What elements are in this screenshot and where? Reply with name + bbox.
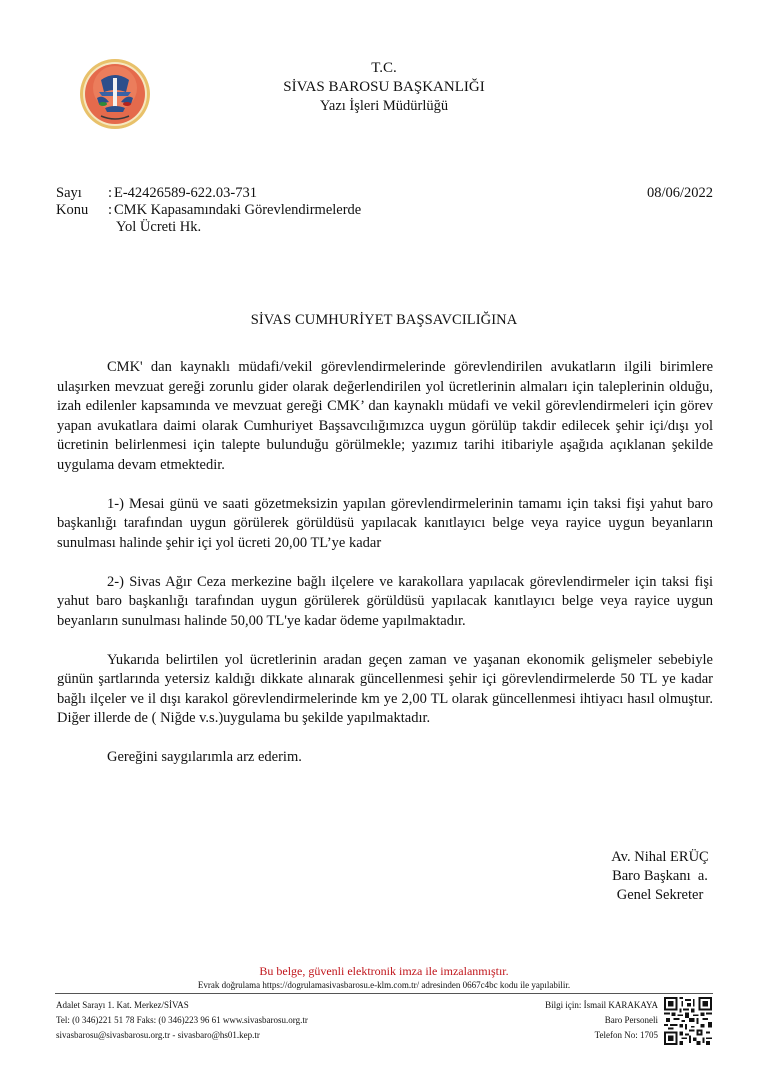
footer-info-contact: Bilgi için: İsmail KARAKAYA bbox=[545, 998, 658, 1013]
konu-label: Konu bbox=[56, 202, 108, 219]
footer-contact-right: Bilgi için: İsmail KARAKAYA Baro Persone… bbox=[545, 998, 658, 1043]
footer-info-phone: Telefon No: 1705 bbox=[545, 1028, 658, 1043]
document-date: 08/06/2022 bbox=[647, 185, 713, 202]
footer-email: sivasbarosu@sivasbarosu.org.tr - sivasba… bbox=[56, 1028, 308, 1043]
body-paragraph-update: Yukarıda belirtilen yol ücretlerinin ara… bbox=[57, 651, 713, 729]
sayi-value: E-42426589-622.03-731 bbox=[114, 185, 257, 202]
konu-value: CMK Kapasamındaki Görevlendirmelerde bbox=[114, 202, 361, 219]
sayi-row: Sayı : E-42426589-622.03-731 bbox=[56, 185, 361, 202]
letter-body: CMK' dan kaynaklı müdafi/vekil görevlend… bbox=[57, 358, 713, 787]
footer-info-role: Baro Personeli bbox=[545, 1013, 658, 1028]
footer-phone: Tel: (0 346)221 51 78 Faks: (0 346)223 9… bbox=[56, 1013, 308, 1028]
sivas-barosu-seal-icon bbox=[79, 58, 151, 130]
signatory-title: Baro Başkanı a. bbox=[590, 867, 730, 886]
header-org-name: SİVAS BAROSU BAŞKANLIĞI bbox=[200, 78, 568, 97]
body-closing: Gereğini saygılarımla arz ederim. bbox=[57, 748, 713, 768]
header-tc: T.C. bbox=[200, 59, 568, 78]
konu-value-continued: Yol Ücreti Hk. bbox=[56, 219, 361, 236]
addressee: SİVAS CUMHURİYET BAŞSAVCILIĞINA bbox=[0, 312, 768, 329]
body-paragraph-item-1: 1-) Mesai günü ve saati gözetmeksizin ya… bbox=[57, 495, 713, 554]
footer-address: Adalet Sarayı 1. Kat. Merkez/SİVAS bbox=[56, 998, 308, 1013]
header-department: Yazı İşleri Müdürlüğü bbox=[200, 97, 568, 116]
konu-row: Konu : CMK Kapasamındaki Görevlendirmele… bbox=[56, 202, 361, 219]
qr-code-icon[interactable] bbox=[664, 997, 712, 1045]
body-paragraph-item-2: 2-) Sivas Ağır Ceza merkezine bağlı ilçe… bbox=[57, 573, 713, 632]
sayi-label: Sayı bbox=[56, 185, 108, 202]
document-meta: Sayı : E-42426589-622.03-731 Konu : CMK … bbox=[56, 185, 361, 236]
signature-block: Av. Nihal ERÜÇ Baro Başkanı a. Genel Sek… bbox=[590, 848, 730, 905]
signatory-role: Genel Sekreter bbox=[590, 886, 730, 905]
signatory-name: Av. Nihal ERÜÇ bbox=[590, 848, 730, 867]
esignature-notice: Bu belge, güvenli elektronik imza ile im… bbox=[0, 964, 768, 979]
body-paragraph-intro: CMK' dan kaynaklı müdafi/vekil görevlend… bbox=[57, 358, 713, 475]
verification-text: Evrak doğrulama https://dogrulamasivasba… bbox=[0, 980, 768, 990]
footer-divider bbox=[55, 993, 713, 994]
footer-contact-left: Adalet Sarayı 1. Kat. Merkez/SİVAS Tel: … bbox=[56, 998, 308, 1043]
